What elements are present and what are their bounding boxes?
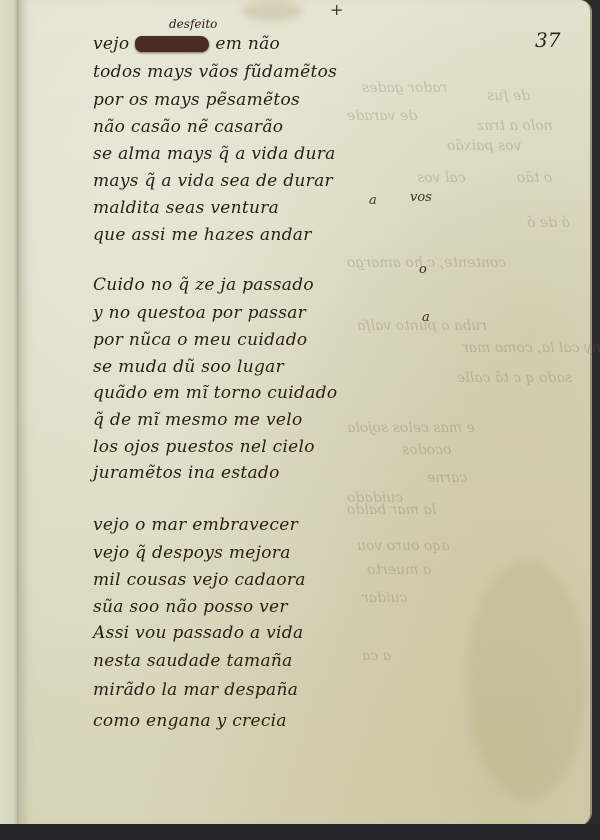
verse-line: se muda dũ soo lugar [93, 357, 284, 377]
verse-line: se alma mays q̃ a vida dura [93, 144, 336, 164]
verse-line: mil cousas vejo cadaora [93, 570, 306, 590]
bleed-fragment: rador gades [362, 80, 447, 96]
bleed-fragment: e mas celos sojola [347, 420, 475, 436]
verse-line: juramẽtos ina estado [93, 463, 280, 483]
verse-line: maldita seas ventura [93, 198, 279, 218]
verse-line: vejoem não [93, 34, 280, 54]
binding-gutter [17, 0, 20, 826]
verse-line: como engana y crecia [93, 711, 287, 731]
bleed-fragment: cuidar [362, 590, 407, 606]
ink-blot-redaction [135, 36, 209, 52]
verse-line: não casão nẽ casarão [93, 117, 283, 137]
bleed-fragment: cal vos [417, 170, 466, 186]
margin-mark: vos [410, 190, 432, 205]
bleed-fragment: ó de ó [527, 215, 570, 231]
verse-word: em não [215, 34, 280, 54]
top-cross-mark: + [330, 0, 343, 19]
bleed-fragment: aqo ouro vou [357, 538, 450, 554]
verse-line: sũa soo não posso ver [93, 597, 288, 617]
verse-line: y no questoa por passar [93, 303, 306, 323]
bleed-fragment: o tão [517, 170, 552, 186]
verse-line: mirãdo la mar despaña [93, 680, 298, 700]
folio-number: 37 [535, 28, 560, 52]
verse-line: q̃ de mĩ mesmo me velo [93, 410, 302, 430]
verse-line: Cuido no q̃ ze ja passado [93, 275, 314, 295]
verse-line: los ojos puestos nel cielo [93, 437, 315, 457]
bleed-fragment: la mar baldo [347, 502, 436, 518]
bleed-fragment: sado q c tã calle [457, 370, 572, 386]
bleed-fragment: a ca [362, 648, 391, 664]
bleed-fragment: de fus [487, 88, 530, 104]
verse-line: Assi vou passado a vida [93, 623, 303, 643]
margin-mark: a [369, 193, 377, 208]
verse-line: vejo q̃ despoys mejora [93, 543, 291, 563]
margin-mark: o [419, 262, 427, 277]
bleed-fragment: carne [427, 470, 467, 486]
bleed-fragment: nolo a traz [477, 118, 553, 134]
ink-stain [242, 0, 302, 22]
verse-word: vejo [93, 34, 129, 54]
verse-line: vejo o mar embravecer [93, 515, 298, 535]
scan-background-edge [0, 824, 600, 840]
verse-line: quãdo em mĩ torno cuidado [93, 383, 337, 403]
water-stain [467, 560, 587, 800]
bleed-fragment: de varade [347, 108, 417, 124]
margin-mark: a [422, 310, 430, 325]
manuscript-scan: + 37 rador gades de varade vos paixão de… [0, 0, 600, 840]
verse-line: nesta saudade tamaña [93, 651, 293, 671]
verse-line: por nũca o meu cuidado [93, 330, 307, 350]
manuscript-page: + 37 rador gades de varade vos paixão de… [17, 0, 592, 826]
verse-line: mays q̃ a vida sea de durar [93, 171, 333, 191]
bleed-fragment: a muerto [367, 562, 431, 578]
bleed-fragment: ocodos [402, 442, 451, 458]
interlinear-note: desfeito [169, 17, 217, 31]
verse-line: que assi me hazes andar [93, 225, 312, 245]
verse-line: por os mays pẽsamẽtos [93, 90, 300, 110]
bleed-fragment: vos paixão [447, 138, 521, 154]
verse-line: todos mays vãos fũdamẽtos [93, 62, 337, 82]
bleed-fragment: cony cal la, como mar [462, 340, 600, 356]
